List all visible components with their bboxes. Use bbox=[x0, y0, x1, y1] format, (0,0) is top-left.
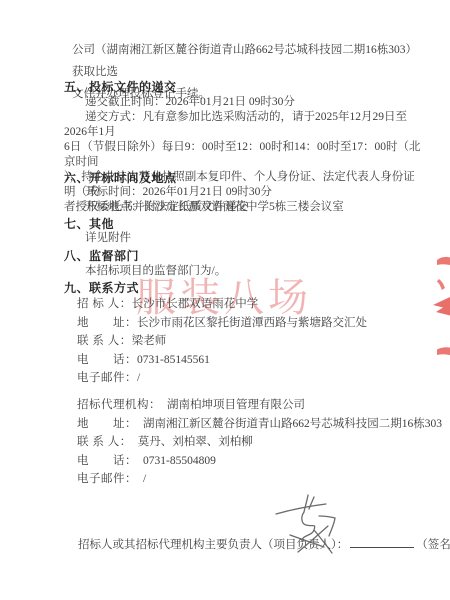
opening-place: 开标地点：长沙市长郡双语雨花中学5栋三楼会议室 bbox=[85, 200, 445, 215]
tenderer-email-label: 电子邮件： bbox=[77, 372, 137, 384]
tenderer-name: 长沙市长郡双语雨花中学 bbox=[132, 298, 259, 310]
handwritten-signature bbox=[262, 483, 392, 558]
agency-email-label: 电子邮件： bbox=[77, 473, 137, 485]
tenderer-phone: 0731-85145561 bbox=[137, 354, 210, 366]
section-heading-submission: 五、投标文件的递交 bbox=[64, 78, 177, 95]
agency-email: / bbox=[137, 473, 146, 485]
agency-address-label: 地 址： bbox=[77, 418, 137, 430]
section-heading-supervision: 八、监督部门 bbox=[64, 247, 139, 264]
tenderer-address-label: 地 址： bbox=[77, 317, 137, 329]
agency-contact-row: 联 系 人：莫丹、刘柏翠、刘柏柳 bbox=[77, 433, 427, 452]
tenderer-contact: 梁老师 bbox=[132, 335, 167, 347]
agency-contact: 莫丹、刘柏翠、刘柏柳 bbox=[132, 436, 253, 448]
tenderer-email-row: 电子邮件：/ bbox=[77, 369, 427, 388]
other-note: 详见附件 bbox=[85, 231, 445, 246]
tenderer-email: / bbox=[137, 372, 140, 384]
agency-name-row: 招标代理机构：湖南柏坤项目管理有限公司 bbox=[77, 396, 427, 415]
agency-phone-label: 电 话： bbox=[77, 455, 137, 467]
agency-address: 湖南湘江新区麓谷街道青山路662号芯城科技园二期16栋303 bbox=[137, 418, 442, 430]
tenderer-contact-label: 联 系 人： bbox=[77, 335, 132, 347]
section-heading-other: 七、其他 bbox=[64, 215, 114, 232]
agency-name: 湖南柏坤项目管理有限公司 bbox=[161, 399, 305, 411]
opening-time: 开标时间：2026年01月21日 09时30分 bbox=[85, 185, 445, 200]
tenderer-name-row: 招 标 人：长沙市长郡双语雨花中学 bbox=[77, 295, 427, 314]
section-heading-opening: 六、开标时间及地点 bbox=[64, 169, 177, 186]
tenderer-address: 长沙市雨花区黎托街道潭西路与紫塘路交汇处 bbox=[137, 317, 367, 329]
supervision-note: 本招标项目的监督部门为/。 bbox=[85, 264, 445, 279]
tenderer-phone-label: 电 话： bbox=[77, 354, 137, 366]
agency-address-row: 地 址：湖南湘江新区麓谷街道青山路662号芯城科技园二期16栋303 bbox=[77, 415, 427, 434]
agency-phone: 0731-85504809 bbox=[137, 455, 216, 467]
signature-suffix: （签名） bbox=[416, 539, 450, 551]
tenderer-phone-row: 电 话：0731-85145561 bbox=[77, 351, 427, 370]
agency-contact-label: 联 系 人： bbox=[77, 436, 132, 448]
agency-name-label: 招标代理机构： bbox=[77, 399, 161, 411]
section-heading-contact: 九、联系方式 bbox=[64, 279, 139, 296]
tenderer-contact-block: 招 标 人：长沙市长郡双语雨花中学 地 址：长沙市雨花区黎托街道潭西路与紫塘路交… bbox=[77, 295, 427, 388]
tender-notice-page: 服装八场 公司（湖南湘江新区麓谷街道青山路662号芯城科技园二期16栋303）获… bbox=[0, 0, 450, 600]
tenderer-address-row: 地 址：长沙市雨花区黎托街道潭西路与紫塘路交汇处 bbox=[77, 314, 427, 333]
tenderer-contact-row: 联 系 人：梁老师 bbox=[77, 332, 427, 351]
tenderer-name-label: 招 标 人： bbox=[77, 298, 132, 310]
agency-phone-row: 电 话：0731-85504809 bbox=[77, 452, 427, 471]
agency-contact-block: 招标代理机构：湖南柏坤项目管理有限公司 地 址：湖南湘江新区麓谷街道青山路662… bbox=[77, 396, 427, 489]
submission-deadline: 递交截止时间：2026年01月21日 09时30分 bbox=[85, 95, 445, 110]
